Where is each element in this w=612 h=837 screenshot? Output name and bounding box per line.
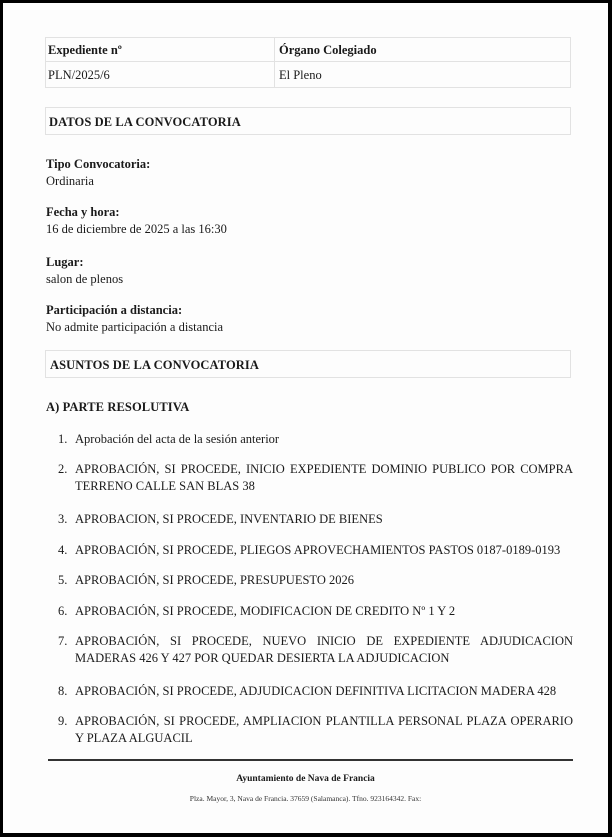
tipo-convocatoria-value: Ordinaria	[46, 174, 94, 189]
agenda-item-number: 3.	[58, 511, 74, 528]
footer-address: Plza. Mayor, 3, Nava de Francia. 37659 (…	[3, 794, 608, 803]
organo-value: El Pleno	[279, 68, 322, 83]
expediente-value: PLN/2025/6	[48, 68, 110, 83]
agenda-item-text: APROBACION, SI PROCEDE, INVENTARIO DE BI…	[75, 511, 573, 528]
agenda-item: 5. APROBACIÓN, SI PROCEDE, PRESUPUESTO 2…	[58, 572, 573, 589]
agenda-item: 7. APROBACIÓN, SI PROCEDE, NUEVO INICIO …	[58, 633, 573, 667]
agenda-item: 4. APROBACIÓN, SI PROCEDE, PLIEGOS APROV…	[58, 542, 573, 559]
agenda-item: 2. APROBACIÓN, SI PROCEDE, INICIO EXPEDI…	[58, 461, 573, 495]
agenda-item: 3. APROBACION, SI PROCEDE, INVENTARIO DE…	[58, 511, 573, 528]
fecha-hora-value: 16 de diciembre de 2025 a las 16:30	[46, 222, 227, 237]
agenda-item-number: 7.	[58, 633, 74, 650]
agenda-item-number: 5.	[58, 572, 74, 589]
agenda-item-text: APROBACIÓN, SI PROCEDE, PRESUPUESTO 2026	[75, 572, 573, 589]
datos-section-title: DATOS DE LA CONVOCATORIA	[49, 115, 241, 130]
agenda-item-number: 2.	[58, 461, 74, 478]
tipo-convocatoria-label: Tipo Convocatoria:	[46, 157, 150, 172]
agenda-item: 8. APROBACIÓN, SI PROCEDE, ADJUDICACION …	[58, 683, 573, 700]
agenda-item-number: 9.	[58, 713, 74, 730]
footer-divider	[48, 759, 573, 761]
lugar-value: salon de plenos	[46, 272, 123, 287]
agenda-item-number: 1.	[58, 431, 74, 448]
agenda-item: 6. APROBACIÓN, SI PROCEDE, MODIFICACION …	[58, 603, 573, 620]
agenda-item-number: 8.	[58, 683, 74, 700]
agenda-item: 9. APROBACIÓN, SI PROCEDE, AMPLIACION PL…	[58, 713, 573, 747]
agenda-item: 1. Aprobación del acta de la sesión ante…	[58, 431, 573, 448]
participacion-value: No admite participación a distancia	[46, 320, 223, 335]
agenda-item-number: 4.	[58, 542, 74, 559]
organo-header: Órgano Colegiado	[279, 43, 377, 58]
expediente-header: Expediente nº	[48, 43, 122, 58]
footer-organization: Ayuntamiento de Nava de Francia	[3, 774, 608, 784]
agenda-item-text: APROBACIÓN, SI PROCEDE, NUEVO INICIO DE …	[75, 633, 573, 667]
asuntos-section-title: ASUNTOS DE LA CONVOCATORIA	[50, 358, 259, 373]
lugar-label: Lugar:	[46, 255, 84, 270]
agenda-item-text: Aprobación del acta de la sesión anterio…	[75, 431, 573, 448]
fecha-hora-label: Fecha y hora:	[46, 205, 120, 220]
agenda-item-text: APROBACIÓN, SI PROCEDE, AMPLIACION PLANT…	[75, 713, 573, 747]
agenda-item-number: 6.	[58, 603, 74, 620]
participacion-label: Participación a distancia:	[46, 303, 182, 318]
parte-resolutiva-title: A) PARTE RESOLUTIVA	[46, 400, 189, 415]
agenda-item-text: APROBACIÓN, SI PROCEDE, INICIO EXPEDIENT…	[75, 461, 573, 495]
agenda-item-text: APROBACIÓN, SI PROCEDE, ADJUDICACION DEF…	[75, 683, 573, 700]
document-page: Expediente nº Órgano Colegiado PLN/2025/…	[3, 3, 608, 833]
agenda-item-text: APROBACIÓN, SI PROCEDE, PLIEGOS APROVECH…	[75, 542, 573, 559]
agenda-item-text: APROBACIÓN, SI PROCEDE, MODIFICACION DE …	[75, 603, 573, 620]
